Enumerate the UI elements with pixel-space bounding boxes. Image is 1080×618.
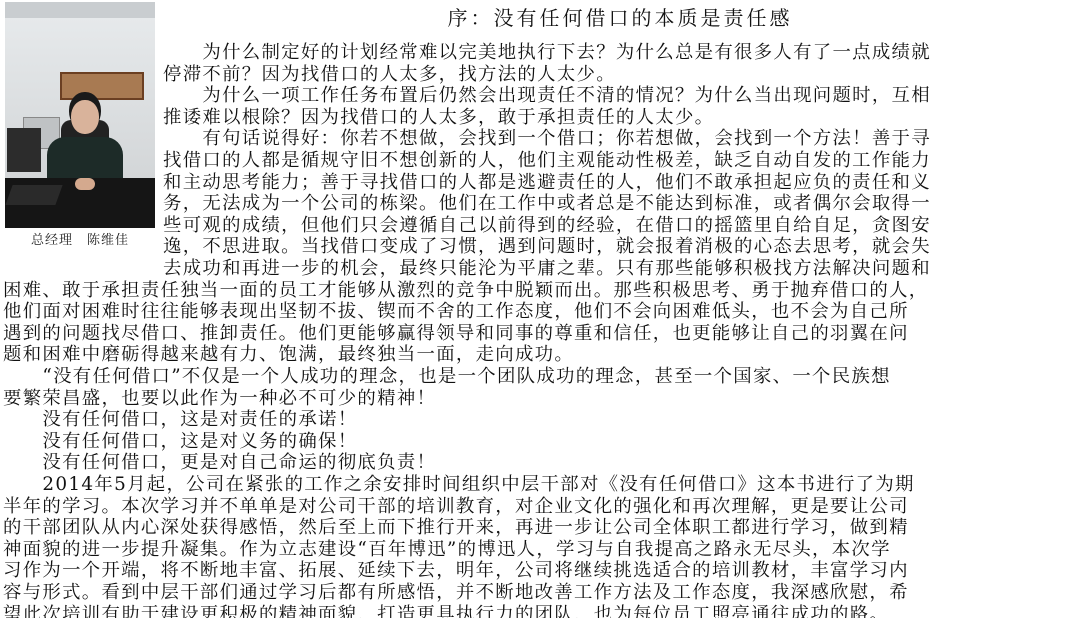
- photo-person-hands: [75, 178, 95, 190]
- photo-ceiling: [5, 2, 155, 19]
- text-line: 困难、敢于承担责任独当一面的员工才能够从激烈的竞争中脱颖而出。那些积极思考、勇于…: [3, 280, 928, 302]
- text-line: 他们面对困难时往往能够表现出坚韧不拔、锲而不舍的工作态度，他们不会向困难低头，也…: [3, 301, 928, 323]
- full-width-text-block: 困难、敢于承担责任独当一面的员工才能够从激烈的竞争中脱颖而出。那些积极思考、勇于…: [3, 280, 928, 618]
- text-line: 要繁荣昌盛，也要以此作为一种必不可少的精神！: [3, 388, 928, 410]
- text-line: 的干部团队从内心深处获得感悟，然后至上而下推行开来，再进一步让公司全体职工都进行…: [3, 517, 928, 539]
- photo-wall-plaque: [60, 72, 144, 100]
- text-line: 逸，不思进取。当找借口变成了习惯，遇到问题时，就会报着消极的心态去思考，就会失: [163, 236, 931, 258]
- text-line: 神面貌的进一步提升凝集。作为立志建设“百年博迅”的博迅人，学习与自我提高之路永无…: [3, 539, 928, 561]
- text-line: 半年的学习。本次学习并不单单是对公司干部的培训教育，对企业文化的强化和再次理解，…: [3, 496, 928, 518]
- text-line: 2014年5月起，公司在紧张的工作之余安排时间组织中层干部对《没有任何借口》这本…: [3, 474, 928, 496]
- manager-photo: [5, 2, 155, 228]
- text-line: 去成功和再进一步的机会，最终只能沦为平庸之辈。只有那些能够积极找方法解决问题和: [163, 258, 931, 280]
- document-title: 序：没有任何借口的本质是责任感: [160, 2, 1080, 31]
- wrapped-text-block: 为什么制定好的计划经常难以完美地执行下去？为什么总是有很多人有了一点成绩就 停滞…: [163, 42, 931, 280]
- photo-person-head: [71, 100, 99, 134]
- text-line: 找借口的人都是循规守旧不想创新的人，他们主观能动性极差，缺乏自动自发的工作能力: [163, 150, 931, 172]
- text-line: 务，无法成为一个公司的栋梁。他们在工作中或者总是不能达到标准，或者偶尔会取得一: [163, 193, 931, 215]
- photo-caption: 总经理 陈维佳: [5, 229, 155, 248]
- text-line: 没有任何借口，这是对义务的确保！: [3, 431, 928, 453]
- text-line: 为什么制定好的计划经常难以完美地执行下去？为什么总是有很多人有了一点成绩就: [163, 42, 931, 64]
- text-line: 没有任何借口，这是对责任的承诺！: [3, 409, 928, 431]
- text-line: 题和困难中磨砺得越来越有力、饱满，最终独当一面，走向成功。: [3, 344, 928, 366]
- text-line: 和主动思考能力；善于寻找借口的人都是逃避责任的人，他们不敢承担起应负的责任和义: [163, 172, 931, 194]
- text-line: 些可观的成绩，但他们只会遵循自己以前得到的经验，在借口的摇篮里自给自足，贪图安: [163, 215, 931, 237]
- text-line: 有句话说得好：你若不想做，会找到一个借口；你若想做，会找到一个方法！善于寻: [163, 128, 931, 150]
- text-line: 容与形式。看到中层干部们通过学习后都有所感悟，并不断地改善工作方法及工作态度，我…: [3, 582, 928, 604]
- text-line: 为什么一项工作任务布置后仍然会出现责任不清的情况？为什么当出现问题时，互相: [163, 85, 931, 107]
- text-line: 望此次培训有助于建设更积极的精神面貌，打造更具执行力的团队，也为每位员工照亮通往…: [3, 604, 928, 618]
- photo-keyboard: [5, 185, 62, 205]
- text-line: “没有任何借口”不仅是一个人成功的理念，也是一个团队成功的理念，甚至一个国家、一…: [3, 366, 928, 388]
- photo-monitor: [7, 128, 41, 172]
- text-line: 推诿难以根除？因为找借口的人太多，敢于承担责任的人太少。: [163, 107, 931, 129]
- text-line: 习作为一个开端，将不断地丰富、拓展、延续下去，明年，公司将继续挑选适合的培训教材…: [3, 560, 928, 582]
- text-line: 停滞不前？因为找借口的人太多，找方法的人太少。: [163, 64, 931, 86]
- text-line: 没有任何借口，更是对自己命运的彻底负责！: [3, 452, 928, 474]
- text-line: 遇到的问题找尽借口、推卸责任。他们更能够赢得领导和同事的尊重和信任，也更能够让自…: [3, 323, 928, 345]
